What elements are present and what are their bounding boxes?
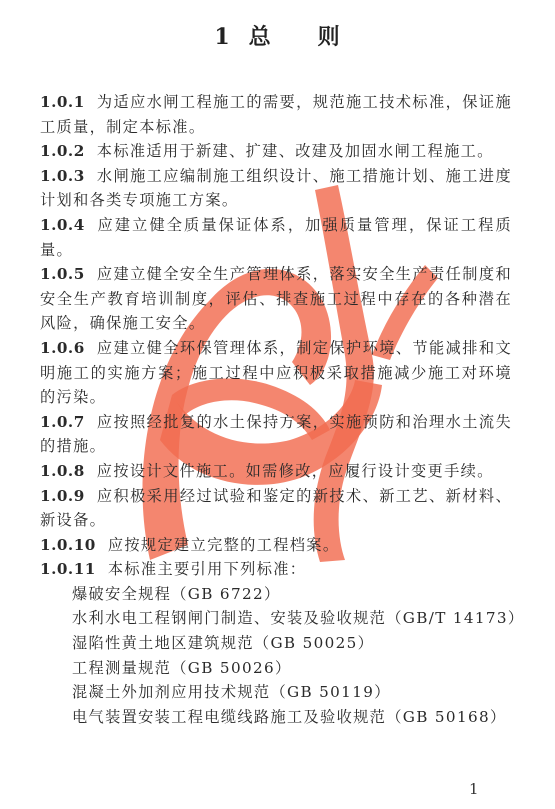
clause-text: 应按设计文件施工。如需修改，应履行设计变更手续。 xyxy=(97,462,494,480)
referenced-standards-list: 爆破安全规程（GB 6722） 水利水电工程钢闸门制造、安装及验收规范（GB/T… xyxy=(40,582,512,730)
clause-text: 应按规定建立完整的工程档案。 xyxy=(108,536,340,554)
clause-text: 为适应水闸工程施工的需要，规范施工技术标准，保证施工质量，制定本标准。 xyxy=(40,93,512,136)
clause-1-0-6: 1.0.6应建立健全环保管理体系，制定保护环境、节能减排和文明施工的实施方案；施… xyxy=(40,336,512,410)
chapter-title-part2: 则 xyxy=(318,24,341,50)
chapter-title: 1总则 xyxy=(0,20,555,51)
referenced-standard: 工程测量规范（GB 50026） xyxy=(72,656,512,681)
document-content: 1总则 1.0.1为适应水闸工程施工的需要，规范施工技术标准，保证施工质量，制定… xyxy=(0,0,555,809)
clause-text: 水闸施工应编制施工组织设计、施工措施计划、施工进度计划和各类专项施工方案。 xyxy=(40,167,512,210)
chapter-title-part1: 总 xyxy=(249,24,272,50)
clause-number: 1.0.4 xyxy=(40,216,85,234)
clause-number: 1.0.1 xyxy=(40,93,85,111)
clause-1-0-4: 1.0.4应建立健全质量保证体系，加强质量管理，保证工程质量。 xyxy=(40,213,512,262)
clause-number: 1.0.11 xyxy=(40,560,96,578)
clause-number: 1.0.5 xyxy=(40,265,85,283)
referenced-standard: 水利水电工程钢闸门制造、安装及验收规范（GB/T 14173） xyxy=(72,606,512,631)
clause-1-0-2: 1.0.2本标准适用于新建、扩建、改建及加固水闸工程施工。 xyxy=(40,139,512,164)
referenced-standard: 混凝土外加剂应用技术规范（GB 50119） xyxy=(72,680,512,705)
clause-1-0-9: 1.0.9应积极采用经过试验和鉴定的新技术、新工艺、新材料、新设备。 xyxy=(40,484,512,533)
referenced-standard: 湿陷性黄土地区建筑规范（GB 50025） xyxy=(72,631,512,656)
clause-number: 1.0.8 xyxy=(40,462,85,480)
clause-number: 1.0.3 xyxy=(40,167,85,185)
clause-text: 应建立健全安全生产管理体系，落实安全生产责任制度和安全生产教育培训制度，评估、排… xyxy=(40,265,512,332)
referenced-standard: 电气装置安装工程电缆线路施工及验收规范（GB 50168） xyxy=(72,705,512,730)
clause-text: 本标准适用于新建、扩建、改建及加固水闸工程施工。 xyxy=(97,142,494,160)
clause-text: 应积极采用经过试验和鉴定的新技术、新工艺、新材料、新设备。 xyxy=(40,487,512,530)
clause-text: 应建立健全环保管理体系，制定保护环境、节能减排和文明施工的实施方案；施工过程中应… xyxy=(40,339,512,406)
clause-number: 1.0.7 xyxy=(40,413,85,431)
page-number: 1 xyxy=(469,780,479,798)
clause-number: 1.0.10 xyxy=(40,536,96,554)
clause-number: 1.0.9 xyxy=(40,487,85,505)
clause-list: 1.0.1为适应水闸工程施工的需要，规范施工技术标准，保证施工质量，制定本标准。… xyxy=(40,90,512,729)
chapter-number: 1 xyxy=(214,24,230,50)
clause-text: 本标准主要引用下列标准： xyxy=(108,560,306,578)
referenced-standard: 爆破安全规程（GB 6722） xyxy=(72,582,512,607)
document-page: 1总则 1.0.1为适应水闸工程施工的需要，规范施工技术标准，保证施工质量，制定… xyxy=(0,0,555,809)
clause-1-0-1: 1.0.1为适应水闸工程施工的需要，规范施工技术标准，保证施工质量，制定本标准。 xyxy=(40,90,512,139)
clause-number: 1.0.2 xyxy=(40,142,85,160)
clause-1-0-11: 1.0.11本标准主要引用下列标准： xyxy=(40,557,512,582)
clause-1-0-8: 1.0.8应按设计文件施工。如需修改，应履行设计变更手续。 xyxy=(40,459,512,484)
clause-number: 1.0.6 xyxy=(40,339,85,357)
clause-1-0-5: 1.0.5应建立健全安全生产管理体系，落实安全生产责任制度和安全生产教育培训制度… xyxy=(40,262,512,336)
clause-1-0-10: 1.0.10应按规定建立完整的工程档案。 xyxy=(40,533,512,558)
clause-text: 应按照经批复的水土保持方案，实施预防和治理水土流失的措施。 xyxy=(40,413,512,456)
clause-1-0-7: 1.0.7应按照经批复的水土保持方案，实施预防和治理水土流失的措施。 xyxy=(40,410,512,459)
clause-1-0-3: 1.0.3水闸施工应编制施工组织设计、施工措施计划、施工进度计划和各类专项施工方… xyxy=(40,164,512,213)
clause-text: 应建立健全质量保证体系，加强质量管理，保证工程质量。 xyxy=(40,216,512,259)
